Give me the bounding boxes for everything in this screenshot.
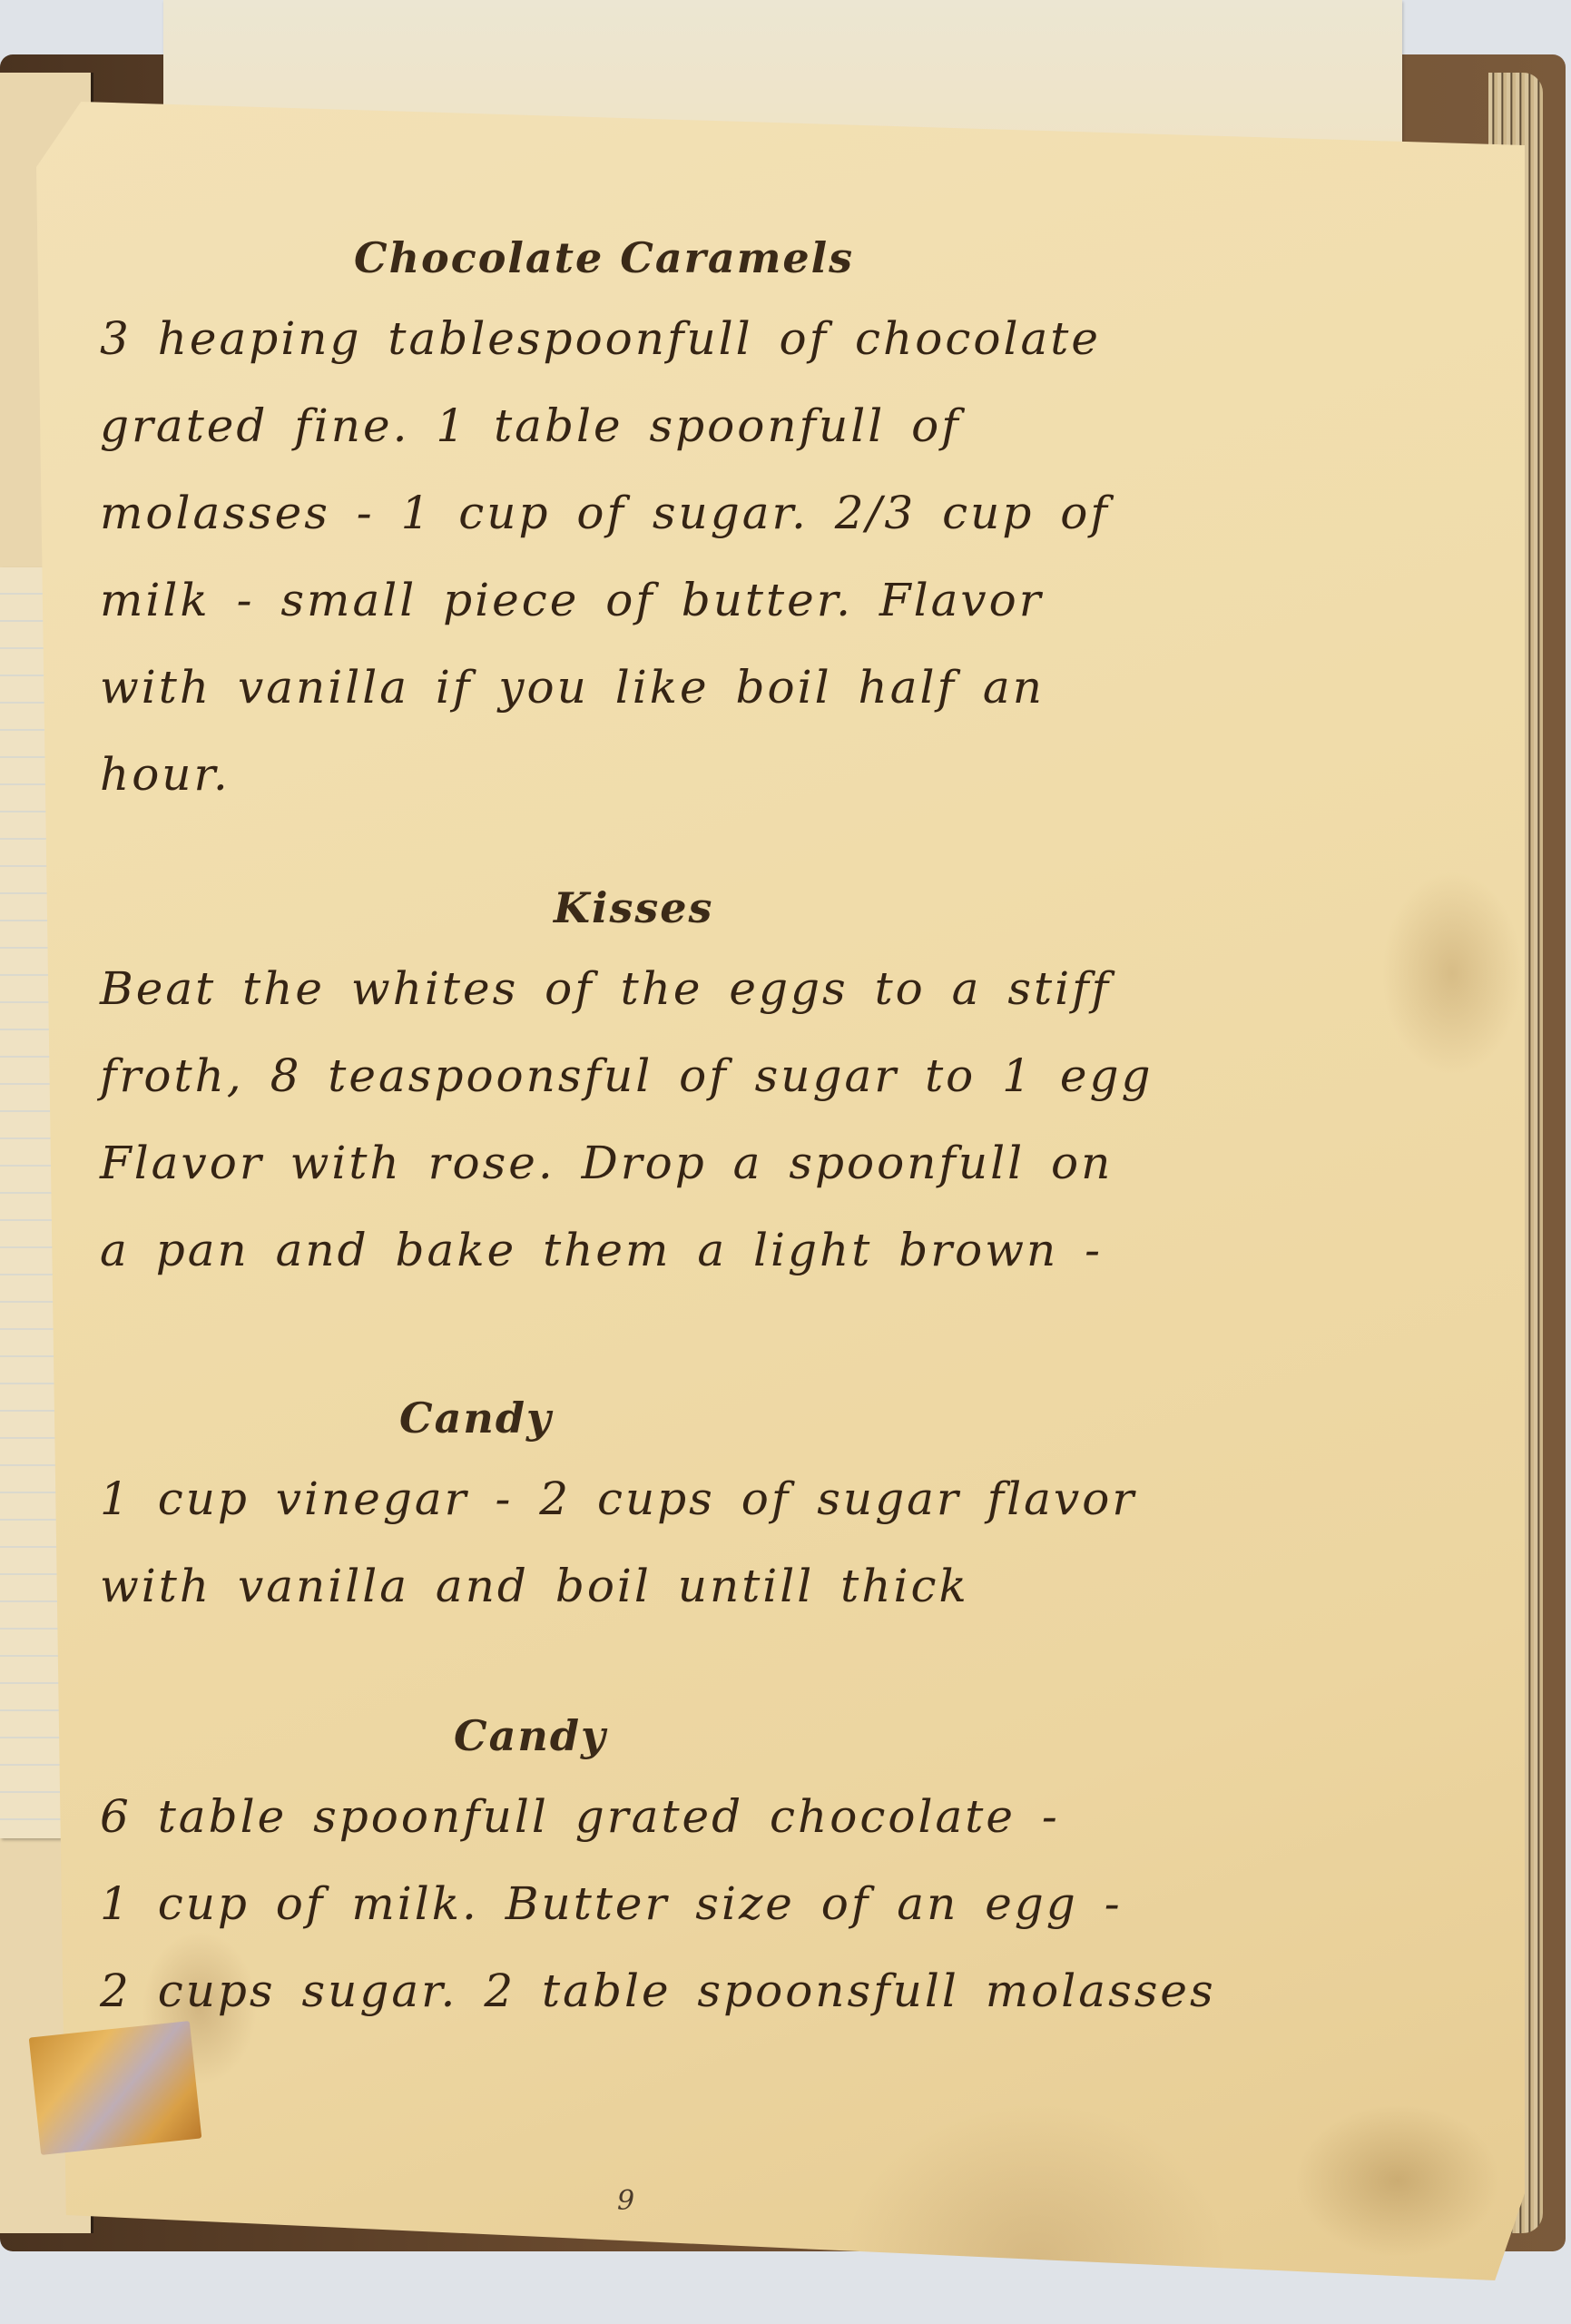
recipe-line: 3 heaping tablespoonfull of chocolate: [100, 295, 1443, 382]
recipe-kisses: Kisses Beat the whites of the eggs to a …: [100, 883, 1443, 1294]
recipe-line: 1 cup of milk. Butter size of an egg -: [100, 1860, 1443, 1947]
recipe-line: 1 cup vinegar - 2 cups of sugar flavor: [100, 1455, 1443, 1542]
recipe-text: 6 table spoonfull grated chocolate - 1 c…: [100, 1773, 1443, 2034]
recipe-line: hour.: [100, 731, 1443, 818]
recipe-title: Candy: [100, 1393, 1443, 1443]
recipe-text: 1 cup vinegar - 2 cups of sugar flavor w…: [100, 1455, 1443, 1630]
recipe-title: Candy: [100, 1711, 1443, 1760]
recipe-text: Beat the whites of the eggs to a stiff f…: [100, 945, 1443, 1294]
recipe-chocolate-caramels: Chocolate Caramels 3 heaping tablespoonf…: [100, 233, 1443, 818]
recipe-line: molasses - 1 cup of sugar. 2/3 cup of: [100, 469, 1443, 556]
recipe-line: 2 cups sugar. 2 table spoonsfull molasse…: [100, 1947, 1443, 2034]
recipe-line: a pan and bake them a light brown -: [100, 1206, 1443, 1294]
recipe-line: Beat the whites of the eggs to a stiff: [100, 945, 1443, 1032]
recipe-text: 3 heaping tablespoonfull of chocolate gr…: [100, 295, 1443, 818]
recipe-line: with vanilla and boil untill thick: [100, 1542, 1443, 1630]
recipe-page: Chocolate Caramels 3 heaping tablespoonf…: [36, 102, 1525, 2280]
recipe-line: grated fine. 1 table spoonfull of: [100, 382, 1443, 469]
page-mark: 9: [617, 2185, 634, 2217]
recipe-line: milk - small piece of butter. Flavor: [100, 556, 1443, 644]
recipe-candy-vinegar: Candy 1 cup vinegar - 2 cups of sugar fl…: [100, 1393, 1443, 1630]
recipe-candy-chocolate: Candy 6 table spoonfull grated chocolate…: [100, 1711, 1443, 2034]
recipe-line: with vanilla if you like boil half an: [100, 644, 1443, 731]
recipe-line: froth, 8 teaspoonsful of sugar to 1 egg: [100, 1032, 1443, 1119]
recipe-title: Chocolate Caramels: [100, 233, 1443, 282]
adhesive-tape-remnant: [29, 2021, 202, 2155]
recipe-line: 6 table spoonfull grated chocolate -: [100, 1773, 1443, 1860]
recipe-title: Kisses: [100, 883, 1443, 932]
page-content: Chocolate Caramels 3 heaping tablespoonf…: [100, 233, 1443, 2100]
recipe-line: Flavor with rose. Drop a spoonfull on: [100, 1119, 1443, 1206]
